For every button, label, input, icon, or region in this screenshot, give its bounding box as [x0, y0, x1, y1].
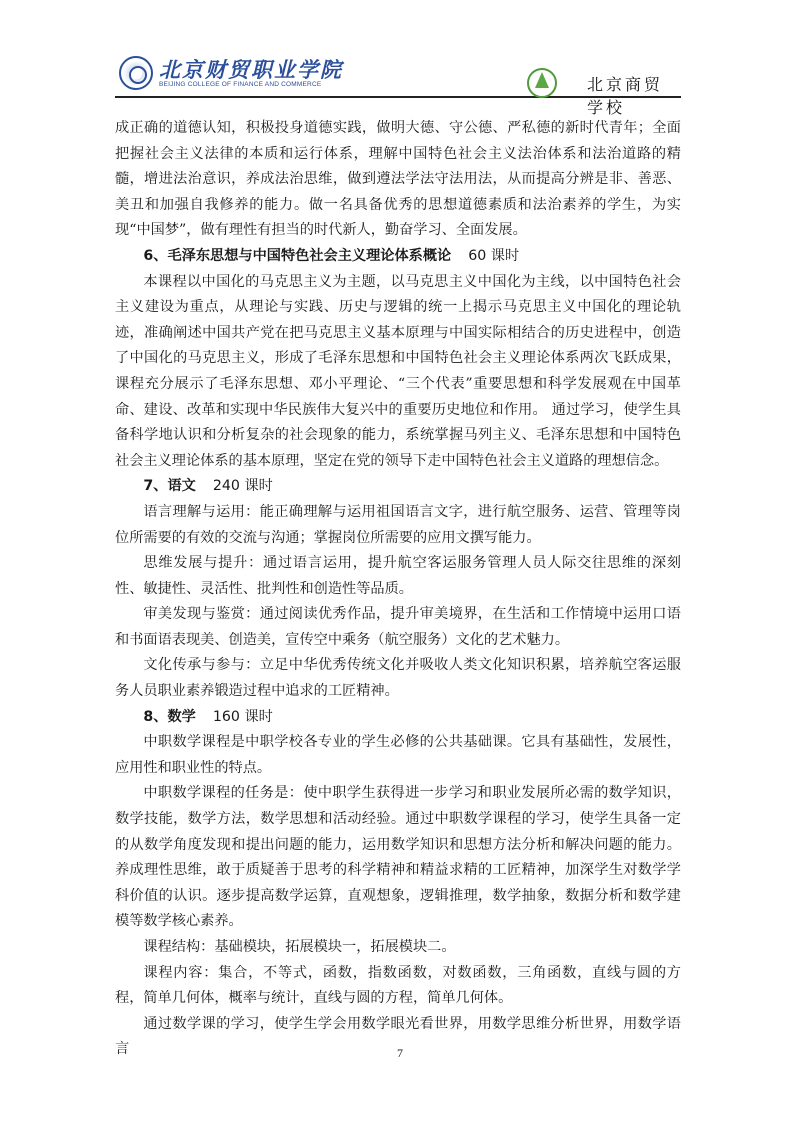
section-title: 6、毛泽东思想与中国特色社会主义理论体系概论	[143, 248, 451, 264]
section-title: 7、语文	[143, 478, 195, 494]
section-heading-6: 6、毛泽东思想与中国特色社会主义理论体系概论60 课时	[115, 244, 681, 270]
section-paragraph: 文化传承与参与：立足中华优秀传统文化并吸收人类文化知识积累，培养航空客运服务人员…	[115, 653, 681, 704]
section-hours: 160 课时	[213, 709, 273, 725]
college-name-en: BEIJING COLLEGE OF FINANCE AND COMMERCE	[159, 81, 321, 88]
section-heading-7: 7、语文240 课时	[115, 474, 681, 500]
section-title: 8、数学	[143, 709, 195, 725]
page-header: 北京财贸职业学院 BEIJING COLLEGE OF FINANCE AND …	[115, 52, 681, 102]
section-paragraph: 中职数学课程是中职学校各专业的学生必修的公共基础课。它具有基础性，发展性，应用性…	[115, 730, 681, 781]
section-paragraph: 语言理解与运用：能正确理解与运用祖国语言文字，进行航空服务、运营、管理等岗位所需…	[115, 500, 681, 551]
school-name: 北京商贸学校	[587, 72, 681, 118]
section-paragraph: 中职数学课程的任务是：使中职学生获得进一步学习和职业发展所必需的数学知识，数学技…	[115, 781, 681, 935]
section-paragraph: 课程内容：集合，不等式，函数，指数函数，对数函数，三角函数，直线与圆的方程，简单…	[115, 961, 681, 1012]
section-hours: 60 课时	[468, 248, 519, 264]
document-body: 成正确的道德认知，积极投身道德实践，做明大德、守公德、严私德的新时代青年；全面把…	[115, 116, 681, 1063]
section-paragraph: 审美发现与鉴赏：通过阅读优秀作品，提升审美境界，在生活和工作情境中运用口语和书面…	[115, 602, 681, 653]
section-paragraph: 课程结构：基础模块，拓展模块一，拓展模块二。	[115, 935, 681, 961]
college-name-cn: 北京财贸职业学院	[159, 54, 343, 84]
section-heading-8: 8、数学160 课时	[115, 705, 681, 731]
section-hours: 240 课时	[213, 478, 273, 494]
college-emblem-icon	[119, 56, 153, 90]
section-paragraph: 本课程以中国化的马克思主义为主题，以马克思主义中国化为主线，以中国特色社会主义建…	[115, 270, 681, 475]
section-paragraph: 思维发展与提升：通过语言运用，提升航空客运服务管理人员人际交往思维的深刻性、敏捷…	[115, 551, 681, 602]
tree-emblem-icon	[527, 68, 557, 98]
page-number: 7	[0, 1046, 800, 1061]
intro-continuation-paragraph: 成正确的道德认知，积极投身道德实践，做明大德、守公德、严私德的新时代青年；全面把…	[115, 116, 681, 244]
